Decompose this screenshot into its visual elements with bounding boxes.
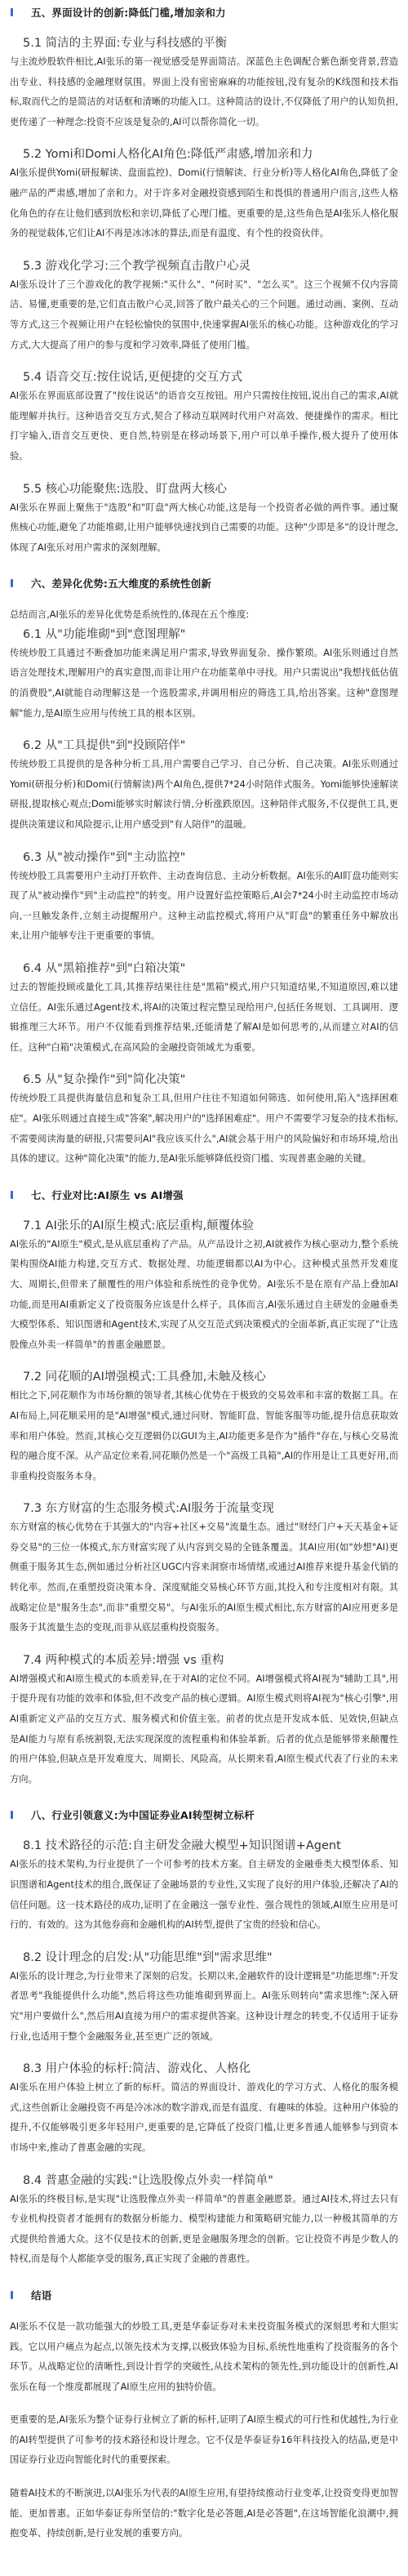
section-body: 相比之下,同花顺作为市场份额的领导者,其核心优势在于极致的交易效率和丰富的数据工… <box>10 1386 398 1486</box>
section: 7.3 东方财富的生态服务模式:AI服务于流量变现 东方财富的核心优势在于其强大… <box>10 1500 398 1638</box>
chapter-title: 八、行业引领意义:为中国证券业AI转型树立标杆 <box>31 1807 255 1822</box>
section-body: 过去的智能投顾或量化工具,其推荐结果往往是"黑箱"模式,用户只知道结果,不知道原… <box>10 978 398 1058</box>
section-title: 8.4 普惠金融的实践:"让选股像点外卖一样简单" <box>10 2172 398 2190</box>
section-title: 6.2 从"工具提供"到"投顾陪伴" <box>10 737 398 755</box>
section: 6.5 从"复杂操作"到"简化决策" 传统炒股工具提供海量信息和复杂工具,但用户… <box>10 1071 398 1169</box>
section-body: 东方财富的核心优势在于其强大的"内容+社区+交易"流量生态。通过"财经门户+天天… <box>10 1518 398 1638</box>
chapter-title: 五、界面设计的创新:降低门槛,增加亲和力 <box>31 5 226 20</box>
chapter-heading: 七、行业对比:AI原生 vs AI增强 <box>10 1183 398 1206</box>
section-body: 传统炒股工具通过不断叠加功能来满足用户需求,导致界面复杂、操作繁琐。AI张乐则通… <box>10 644 398 724</box>
section-body: 与主流炒股软件相比,AI张乐的第一视觉感受是界面简洁。深蓝色主色调配合紫色渐变背… <box>10 52 398 132</box>
chapter-heading: 八、行业引领意义:为中国证券业AI转型树立标杆 <box>10 1803 398 1825</box>
section: 7.1 AI张乐的AI原生模式:底层重构,颠覆体验 AI张乐的"AI原生"模式,… <box>10 1217 398 1356</box>
conclusion-paragraph: AI张乐不仅是一款功能强大的炒股工具,更是华泰证券对未来投资服务模式的深刻思考和… <box>10 2317 398 2397</box>
section: 6.3 从"被动操作"到"主动监控" 传统炒股工具需要用户主动打开软件、主动查询… <box>10 849 398 947</box>
section-title: 8.3 用户体验的标杆:简洁、游戏化、人格化 <box>10 2060 398 2078</box>
section: 7.4 两种模式的本质差异:增强 vs 重构 AI增强模式和AI原生模式的本质差… <box>10 1651 398 1790</box>
section-body: AI张乐的设计理念,为行业带来了深刻的启发。长期以来,金融软件的设计逻辑是"功能… <box>10 1967 398 2047</box>
section-body: AI张乐的终极目标,是实现"让选股像点外卖一样简单"的普惠金融愿景。通过AI技术… <box>10 2190 398 2270</box>
section-body: AI张乐提供Yomi(研报解读、盘面监控)、Domi(行情解读、行业分析)等人格… <box>10 163 398 243</box>
section: 5.3 游戏化学习:三个教学视频直击散户心灵 AI张乐设计了三个游戏化的教学视频… <box>10 257 398 355</box>
accent-bar-icon <box>11 2291 13 2299</box>
section: 5.1 简洁的主界面:专业与科技感的平衡 与主流炒股软件相比,AI张乐的第一视觉… <box>10 34 398 132</box>
article: 五、界面设计的创新:降低门槛,增加亲和力 5.1 简洁的主界面:专业与科技感的平… <box>0 0 408 2565</box>
section-title: 5.1 简洁的主界面:专业与科技感的平衡 <box>10 34 398 52</box>
section-title: 7.3 东方财富的生态服务模式:AI服务于流量变现 <box>10 1500 398 1518</box>
section-title: 7.2 同花顺的AI增强模式:工具叠加,未触及核心 <box>10 1368 398 1386</box>
section-body: AI张乐在用户体验上树立了新的标杆。简洁的界面设计、游戏化的学习方式、人格化的服… <box>10 2078 398 2158</box>
section-body: AI张乐设计了三个游戏化的教学视频:"买什么"、"何时买"、"怎么买"。这三个视… <box>10 275 398 355</box>
accent-bar-icon <box>11 1191 13 1199</box>
section-body: 传统炒股工具提供的是各种分析工具,用户需要自己学习、自己分析、自己决策。AI张乐… <box>10 755 398 835</box>
section-body: AI张乐在界面底部设置了"按住说话"的语音交互按钮。用户只需按住按钮,说出自己的… <box>10 386 398 466</box>
chapter-heading: 六、差异化优势:五大维度的系统性创新 <box>10 571 398 594</box>
section: 7.2 同花顺的AI增强模式:工具叠加,未触及核心 相比之下,同花顺作为市场份额… <box>10 1368 398 1486</box>
section-body: AI张乐的"AI原生"模式,是从底层重构了产品。从产品设计之初,AI就被作为核心… <box>10 1235 398 1356</box>
section-title: 6.3 从"被动操作"到"主动监控" <box>10 849 398 867</box>
paragraph: 随着AI技术的不断演进,以AI张乐为代表的AI原生应用,有望持续推动行业变革,让… <box>10 2484 398 2544</box>
chapter-heading: 结语 <box>10 2283 398 2306</box>
conclusion-paragraph: 随着AI技术的不断演进,以AI张乐为代表的AI原生应用,有望持续推动行业变革,让… <box>10 2484 398 2544</box>
section-body: 传统炒股工具需要用户主动打开软件、主动查询信息、主动分析数据。AI张乐的AI盯盘… <box>10 867 398 947</box>
section: 5.4 语音交互:按住说话,更便捷的交互方式 AI张乐在界面底部设置了"按住说话… <box>10 368 398 466</box>
chapter-title: 七、行业对比:AI原生 vs AI增强 <box>31 1188 184 1202</box>
section: 6.1 从"功能堆砌"到"意图理解" 传统炒股工具通过不断叠加功能来满足用户需求… <box>10 626 398 724</box>
section-body: 传统炒股工具提供海量信息和复杂工具,但用户往往不知道如何筛选、如何使用,陷入"选… <box>10 1089 398 1169</box>
section-title: 7.1 AI张乐的AI原生模式:底层重构,颠覆体验 <box>10 1217 398 1235</box>
section-title: 6.4 从"黑箱推荐"到"白箱决策" <box>10 960 398 978</box>
accent-bar-icon <box>11 8 13 16</box>
section-body: AI张乐的技术架构,为行业提供了一个可参考的技术方案。自主研发的金融垂类大模型体… <box>10 1855 398 1935</box>
section-body: AI增强模式和AI原生模式的本质差异,在于对AI的定位不同。AI增强模式将AI视… <box>10 1669 398 1790</box>
section-title: 8.1 技术路径的示范:自主研发金融大模型+知识图谱+Agent <box>10 1837 398 1855</box>
accent-bar-icon <box>11 579 13 587</box>
section-title: 6.1 从"功能堆砌"到"意图理解" <box>10 626 398 644</box>
chapter-heading: 五、界面设计的创新:降低门槛,增加亲和力 <box>10 0 398 23</box>
paragraph: 更重要的是,AI张乐为整个证券行业树立了新的标杆,证明了AI原生模式的可行性和优… <box>10 2410 398 2471</box>
section-body: AI张乐在界面上聚焦于"选股"和"盯盘"两大核心功能,这是每一个投资者必做的两件… <box>10 498 398 559</box>
section: 5.2 Yomi和Domi人格化AI角色:降低严肃感,增加亲和力 AI张乐提供Y… <box>10 145 398 243</box>
accent-bar-icon <box>11 1811 13 1819</box>
section: 6.2 从"工具提供"到"投顾陪伴" 传统炒股工具提供的是各种分析工具,用户需要… <box>10 737 398 835</box>
section-title: 5.3 游戏化学习:三个教学视频直击散户心灵 <box>10 257 398 275</box>
section: 8.4 普惠金融的实践:"让选股像点外卖一样简单" AI张乐的终极目标,是实现"… <box>10 2172 398 2270</box>
section-title: 5.4 语音交互:按住说话,更便捷的交互方式 <box>10 368 398 386</box>
section: 8.1 技术路径的示范:自主研发金融大模型+知识图谱+Agent AI张乐的技术… <box>10 1837 398 1935</box>
section: 5.5 核心功能聚焦:选股、盯盘两大核心 AI张乐在界面上聚焦于"选股"和"盯盘… <box>10 480 398 559</box>
section-title: 5.5 核心功能聚焦:选股、盯盘两大核心 <box>10 480 398 498</box>
section-title: 5.2 Yomi和Domi人格化AI角色:降低严肃感,增加亲和力 <box>10 145 398 163</box>
section: 8.2 设计理念的启发:从"功能思维"到"需求思维" AI张乐的设计理念,为行业… <box>10 1949 398 2047</box>
conclusion-paragraph: 更重要的是,AI张乐为整个证券行业树立了新的标杆,证明了AI原生模式的可行性和优… <box>10 2410 398 2471</box>
section-title: 7.4 两种模式的本质差异:增强 vs 重构 <box>10 1651 398 1669</box>
chapter-title: 六、差异化优势:五大维度的系统性创新 <box>31 576 211 591</box>
section-title: 8.2 设计理念的启发:从"功能思维"到"需求思维" <box>10 1949 398 1967</box>
section-title: 6.5 从"复杂操作"到"简化决策" <box>10 1071 398 1089</box>
chapter-title: 结语 <box>31 2288 51 2302</box>
section: 6.4 从"黑箱推荐"到"白箱决策" 过去的智能投顾或量化工具,其推荐结果往往是… <box>10 960 398 1058</box>
section: 8.3 用户体验的标杆:简洁、游戏化、人格化 AI张乐在用户体验上树立了新的标杆… <box>10 2060 398 2158</box>
chapter-intro: 总结而言,AI张乐的差异化优势是系统性的,体现在五个维度: <box>10 605 398 626</box>
paragraph: AI张乐不仅是一款功能强大的炒股工具,更是华泰证券对未来投资服务模式的深刻思考和… <box>10 2317 398 2397</box>
